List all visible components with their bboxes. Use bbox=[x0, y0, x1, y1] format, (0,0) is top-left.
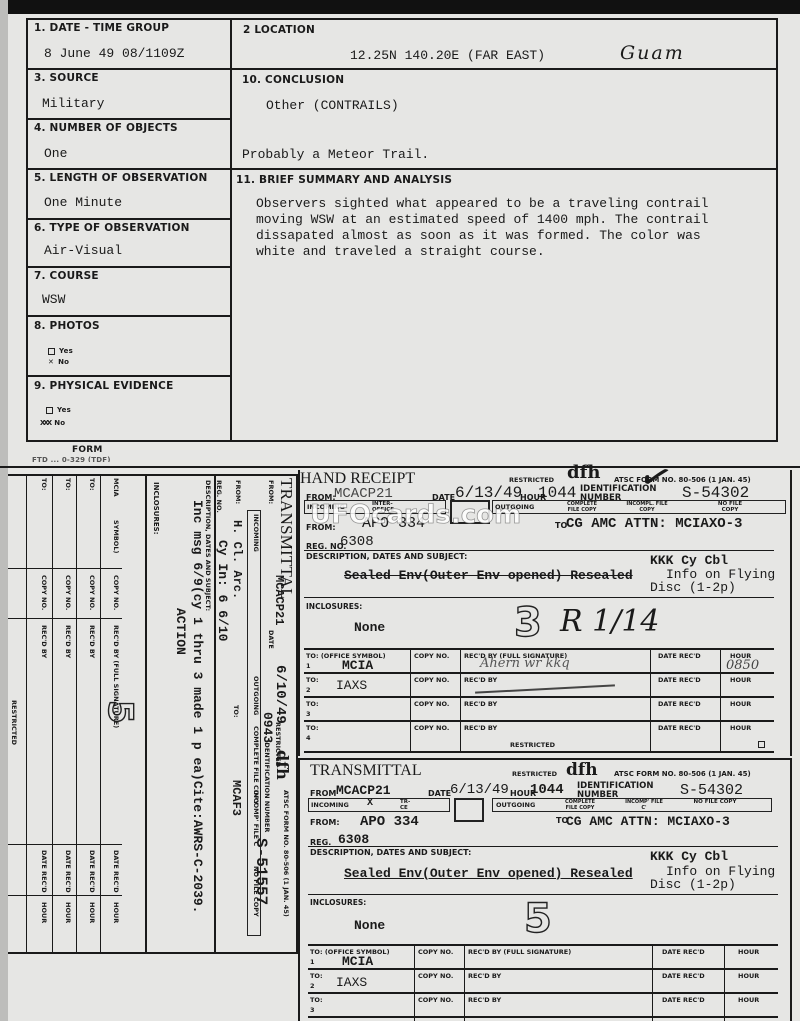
rotated-routing-3-date: DATE REC'D bbox=[64, 850, 72, 893]
rotated-routing-3-hour: HOUR bbox=[64, 902, 72, 923]
routing-hour-value: 0850 bbox=[726, 658, 759, 673]
photos-label: 8. PHOTOS bbox=[34, 320, 100, 332]
rotated-routing-symbol: SYMBOL) bbox=[112, 520, 120, 553]
transmittal-subject-line1: KKK Cy Cbl bbox=[650, 849, 728, 864]
rotated-incoming: INCOMING bbox=[252, 514, 260, 552]
rotated-description-line2: ACTION bbox=[173, 608, 188, 655]
routing-hour-label: HOUR bbox=[738, 996, 759, 1004]
rotated-routing-3-recd: REC'D BY bbox=[64, 625, 72, 658]
routing-to-value: IAXS bbox=[336, 975, 367, 990]
hand-receipt-form-no: ATSC FORM NO. 80-506 (1 JAN. 45) bbox=[614, 476, 751, 484]
rotated-routing-4-to: TO: bbox=[40, 478, 48, 491]
rotated-routing-2-hour: HOUR bbox=[88, 902, 96, 923]
number-of-objects-value: One bbox=[44, 146, 67, 161]
summary-text: Observers sighted what appeared to be a … bbox=[256, 196, 708, 260]
date-time-value: 8 June 49 08/1109Z bbox=[44, 46, 184, 61]
routing-to-label: TO: bbox=[310, 996, 323, 1004]
rotated-from2-label: FROM: bbox=[234, 480, 242, 504]
rotated-form-no: ATSC FORM NO. 80-506 (1 JAN. 45) bbox=[282, 790, 290, 917]
rotated-outgoing: OUTGOING bbox=[252, 676, 260, 715]
rotated-routing-3-copy: COPY NO. bbox=[64, 575, 72, 610]
routing-copy-label: COPY NO. bbox=[418, 996, 453, 1004]
checkbox-icon bbox=[46, 407, 53, 414]
rotated-routing-1-recd: REC'D BY (FULL SIGNATURE) bbox=[112, 625, 120, 728]
routing-to-label: TO: bbox=[306, 700, 319, 708]
hand-receipt-incomplete-copy: INCOMPL. FILE COPY bbox=[625, 501, 669, 513]
conclusion-note: Probably a Meteor Trail. bbox=[242, 147, 429, 162]
transmittal-initials: dfh bbox=[566, 760, 598, 780]
form-label: FORM bbox=[72, 445, 103, 455]
hand-receipt-complete-copy: COMPLETE FILE COPY bbox=[562, 501, 602, 513]
photos-no-option[interactable]: ✕No bbox=[48, 358, 69, 366]
routing-recd-label: REC'D BY bbox=[464, 724, 497, 732]
rotated-from-label: FROM: bbox=[267, 480, 275, 504]
transmittal-complete-copy: COMPLETE FILE COPY bbox=[560, 799, 600, 811]
routing-row-number: 2 bbox=[310, 982, 315, 990]
routing-row-number: 3 bbox=[306, 710, 311, 718]
routing-date-label: DATE REC'D bbox=[658, 676, 701, 684]
rotated-incomplete-copy: INCOMP' FILE C bbox=[252, 790, 260, 846]
hand-receipt-description-label: DESCRIPTION, DATES AND SUBJECT: bbox=[306, 552, 467, 561]
rotated-footer: RESTRICTED bbox=[10, 700, 18, 745]
physical-evidence-label: 9. PHYSICAL EVIDENCE bbox=[34, 380, 173, 392]
transmittal-identification-value: S-54302 bbox=[680, 782, 743, 799]
conclusion-value: Other (CONTRAILS) bbox=[266, 98, 399, 113]
watermark: UFOcards.com bbox=[310, 500, 521, 530]
date-time-label: 1. DATE - TIME GROUP bbox=[34, 22, 169, 34]
length-label: 5. LENGTH OF OBSERVATION bbox=[34, 172, 207, 184]
hand-receipt-initials: dfh bbox=[567, 462, 600, 483]
routing-recd-label: REC'D BY bbox=[464, 700, 497, 708]
rotated-routing-4-copy: COPY NO. bbox=[40, 575, 48, 610]
summary-label: 11. BRIEF SUMMARY AND ANALYSIS bbox=[236, 174, 452, 186]
transmittal-outgoing: OUTGOING bbox=[496, 801, 535, 809]
routing-to-label: TO: bbox=[310, 972, 323, 980]
rotated-inclosures-label: INCLOSURES: bbox=[152, 482, 160, 535]
rotated-routing-4-date: DATE REC'D bbox=[40, 850, 48, 893]
transmittal-trace: TR-CE bbox=[400, 799, 416, 811]
rotated-routing-1-to: MCIA bbox=[112, 478, 120, 497]
length-value: One Minute bbox=[44, 195, 122, 210]
rotated-description-label: DESCRIPTION, DATES AND SUBJECT: bbox=[204, 480, 212, 611]
routing-row-number: 1 bbox=[310, 958, 315, 966]
course-value: WSW bbox=[42, 292, 65, 307]
routing-to-label: TO: bbox=[306, 676, 319, 684]
checkbox-icon bbox=[48, 348, 55, 355]
rotated-hour-value: 0943 bbox=[260, 712, 275, 743]
routing-hour-label: HOUR bbox=[738, 948, 759, 956]
routing-to-label: TO: bbox=[306, 724, 319, 732]
hand-receipt-inclosures-label: INCLOSURES: bbox=[306, 602, 362, 611]
transmittal-from-value: MCACP21 bbox=[336, 783, 391, 798]
source-label: 3. SOURCE bbox=[34, 72, 99, 84]
photos-yes-option[interactable]: Yes bbox=[48, 347, 73, 355]
routing-copy-label: COPY NO. bbox=[414, 724, 449, 732]
evidence-yes-option[interactable]: Yes bbox=[46, 406, 71, 414]
location-label: 2 LOCATION bbox=[243, 24, 315, 36]
location-handwritten: Guam bbox=[620, 42, 685, 64]
transmittal-inclosures-value: None bbox=[354, 918, 385, 933]
type-label: 6. TYPE OF OBSERVATION bbox=[34, 222, 190, 234]
rotated-description-line1: Inc msg 6/9(cy 1 thru 3 made 1 p ea)Cite… bbox=[190, 500, 205, 913]
rotated-reg-value: Cy In: 6 6/10 bbox=[215, 540, 230, 641]
rotated-stamp-number: 5 bbox=[100, 700, 140, 724]
transmittal-description-label: DESCRIPTION, DATES AND SUBJECT: bbox=[310, 848, 471, 857]
routing-copy-label: COPY NO. bbox=[414, 700, 449, 708]
transmittal-from2-value: APO 334 bbox=[360, 814, 419, 830]
transmittal-hour-value: 1044 bbox=[530, 782, 564, 798]
routing-to-value: IAXS bbox=[336, 678, 367, 693]
routing-row-number: 1 bbox=[306, 662, 311, 670]
rotated-routing-1-copy: COPY NO. bbox=[112, 575, 120, 610]
rotated-reg-label: REG. NO. bbox=[215, 480, 223, 513]
hand-receipt-no-file-copy: NO FILE COPY bbox=[712, 501, 748, 513]
rotated-routing-2-recd: REC'D BY bbox=[88, 625, 96, 658]
routing-date-label: DATE REC'D bbox=[662, 996, 705, 1004]
rotated-routing-4-recd: REC'D BY bbox=[40, 625, 48, 658]
transmittal-date-value: 6/13/49 bbox=[450, 782, 509, 798]
routing-row-number: 3 bbox=[310, 1006, 315, 1014]
rotated-from-value: MCACP21 bbox=[272, 575, 286, 625]
rotated-date-label: DATE bbox=[267, 630, 275, 649]
routing-row-number: 2 bbox=[306, 686, 311, 694]
transmittal-reg-value: 6308 bbox=[338, 832, 369, 847]
x-mark-icon: XXX bbox=[40, 419, 50, 427]
form-number: FTD ... 0-329 (TDF) bbox=[32, 456, 111, 462]
transmittal-restricted: RESTRICTED bbox=[512, 770, 557, 778]
signature-scribble: Ahern wr kkq bbox=[480, 656, 570, 671]
type-box bbox=[454, 798, 484, 822]
type-value: Air-Visual bbox=[44, 243, 122, 258]
hand-receipt-stamp-number: 3 bbox=[514, 600, 542, 646]
routing-date-label: DATE REC'D bbox=[662, 972, 705, 980]
x-mark-icon: ✕ bbox=[48, 358, 54, 366]
rotated-routing-1-date: DATE REC'D bbox=[112, 850, 120, 893]
evidence-no-option[interactable]: XXXNo bbox=[40, 419, 65, 427]
routing-copy-label: COPY NO. bbox=[414, 652, 449, 660]
routing-copy-label: COPY NO. bbox=[418, 948, 453, 956]
routing-recd-label: REC'D BY bbox=[464, 676, 497, 684]
routing-date-label: DATE REC'D bbox=[662, 948, 705, 956]
routing-date-label: DATE REC'D bbox=[658, 724, 701, 732]
section-divider bbox=[0, 466, 800, 468]
routing-date-label: DATE REC'D bbox=[658, 700, 701, 708]
rotated-routing-3-to: TO: bbox=[64, 478, 72, 491]
transmittal-date-label: DATE bbox=[428, 789, 451, 798]
hand-receipt-handwritten-mark: R 1/14 bbox=[560, 604, 660, 639]
routing-recd-label: REC'D BY bbox=[468, 996, 501, 1004]
routing-to-value: MCIA bbox=[342, 954, 373, 969]
routing-recd-label: REC'D BY bbox=[468, 972, 501, 980]
conclusion-label: 10. CONCLUSION bbox=[242, 74, 344, 86]
location-value: 12.25N 140.20E (FAR EAST) bbox=[350, 48, 545, 63]
hand-receipt-footer: RESTRICTED bbox=[510, 741, 555, 749]
rotated-from2-value: H. Cl. Arc. bbox=[230, 520, 244, 599]
transmittal-inclosures-label: INCLOSURES: bbox=[310, 898, 366, 907]
transmittal-from2-label: FROM: bbox=[310, 818, 340, 827]
routing-row-number: 4 bbox=[306, 734, 311, 742]
scan-left-edge bbox=[0, 0, 8, 1021]
transmittal-incoming: INCOMING bbox=[311, 801, 349, 809]
rotated-routing-4-hour: HOUR bbox=[40, 902, 48, 923]
routing-date-label: DATE REC'D bbox=[658, 652, 701, 660]
hand-receipt-inclosures-value: None bbox=[354, 620, 385, 635]
rotated-to-label: TO: bbox=[232, 705, 240, 718]
routing-hour-label: HOUR bbox=[730, 700, 751, 708]
transmittal-subject-line3: Disc (1-2p) bbox=[650, 877, 736, 892]
routing-hour-label: HOUR bbox=[730, 724, 751, 732]
transmittal-stamp-number: 5 bbox=[524, 896, 552, 942]
hand-receipt-restricted: RESTRICTED bbox=[509, 476, 554, 484]
transmittal-to-value: CG AMC ATTN: MCIAXO-3 bbox=[566, 814, 730, 829]
transmittal-form-no: ATSC FORM NO. 80-506 (1 JAN. 45) bbox=[614, 770, 751, 778]
rotated-routing-1-hour: HOUR bbox=[112, 902, 120, 923]
hand-receipt-description-value: Sealed Env(Outer Env opened) Resealed bbox=[344, 568, 633, 583]
transmittal-description-value: Sealed Env(Outer Env opened) Resealed bbox=[344, 866, 633, 881]
transmittal-from-label: FROM bbox=[310, 789, 336, 798]
transmittal-incomplete-copy: INCOMP' FILE C' bbox=[624, 799, 664, 811]
rotated-initials: dfh bbox=[273, 750, 292, 780]
number-of-objects-label: 4. NUMBER OF OBJECTS bbox=[34, 122, 178, 134]
scan-top-border bbox=[0, 0, 800, 14]
rotated-to-value: MCAF3 bbox=[229, 780, 243, 816]
transmittal-title: TRANSMITTAL bbox=[310, 762, 422, 780]
hand-receipt-subject-line1: KKK Cy Cbl bbox=[650, 553, 728, 568]
routing-recd-label: REC'D BY (FULL SIGNATURE) bbox=[468, 948, 571, 956]
checkbox-icon[interactable] bbox=[758, 741, 765, 748]
rotated-routing-2-copy: COPY NO. bbox=[88, 575, 96, 610]
routing-copy-label: COPY NO. bbox=[414, 676, 449, 684]
hand-receipt-subject-line3: Disc (1-2p) bbox=[650, 580, 736, 595]
hand-receipt-to-value: CG AMC ATTN: MCIAXO-3 bbox=[566, 516, 742, 532]
card-divider bbox=[230, 18, 232, 442]
transmittal-no-file-copy: NO FILE COPY bbox=[690, 799, 740, 805]
routing-copy-label: COPY NO. bbox=[418, 972, 453, 980]
transmittal-incoming-mark: X bbox=[367, 798, 373, 809]
rotated-no-file-copy: NO FILE COPY bbox=[252, 866, 260, 917]
source-value: Military bbox=[42, 96, 104, 111]
rotated-identification-label: IDENTIFICATION NUMBER bbox=[263, 740, 271, 832]
hand-receipt-reg-value: 6308 bbox=[340, 534, 374, 550]
routing-hour-label: HOUR bbox=[730, 676, 751, 684]
routing-to-value: MCIA bbox=[342, 658, 373, 673]
routing-hour-label: HOUR bbox=[738, 972, 759, 980]
rotated-routing-2-to: TO: bbox=[88, 478, 96, 491]
rotated-routing-2-date: DATE REC'D bbox=[88, 850, 96, 893]
course-label: 7. COURSE bbox=[34, 270, 99, 282]
